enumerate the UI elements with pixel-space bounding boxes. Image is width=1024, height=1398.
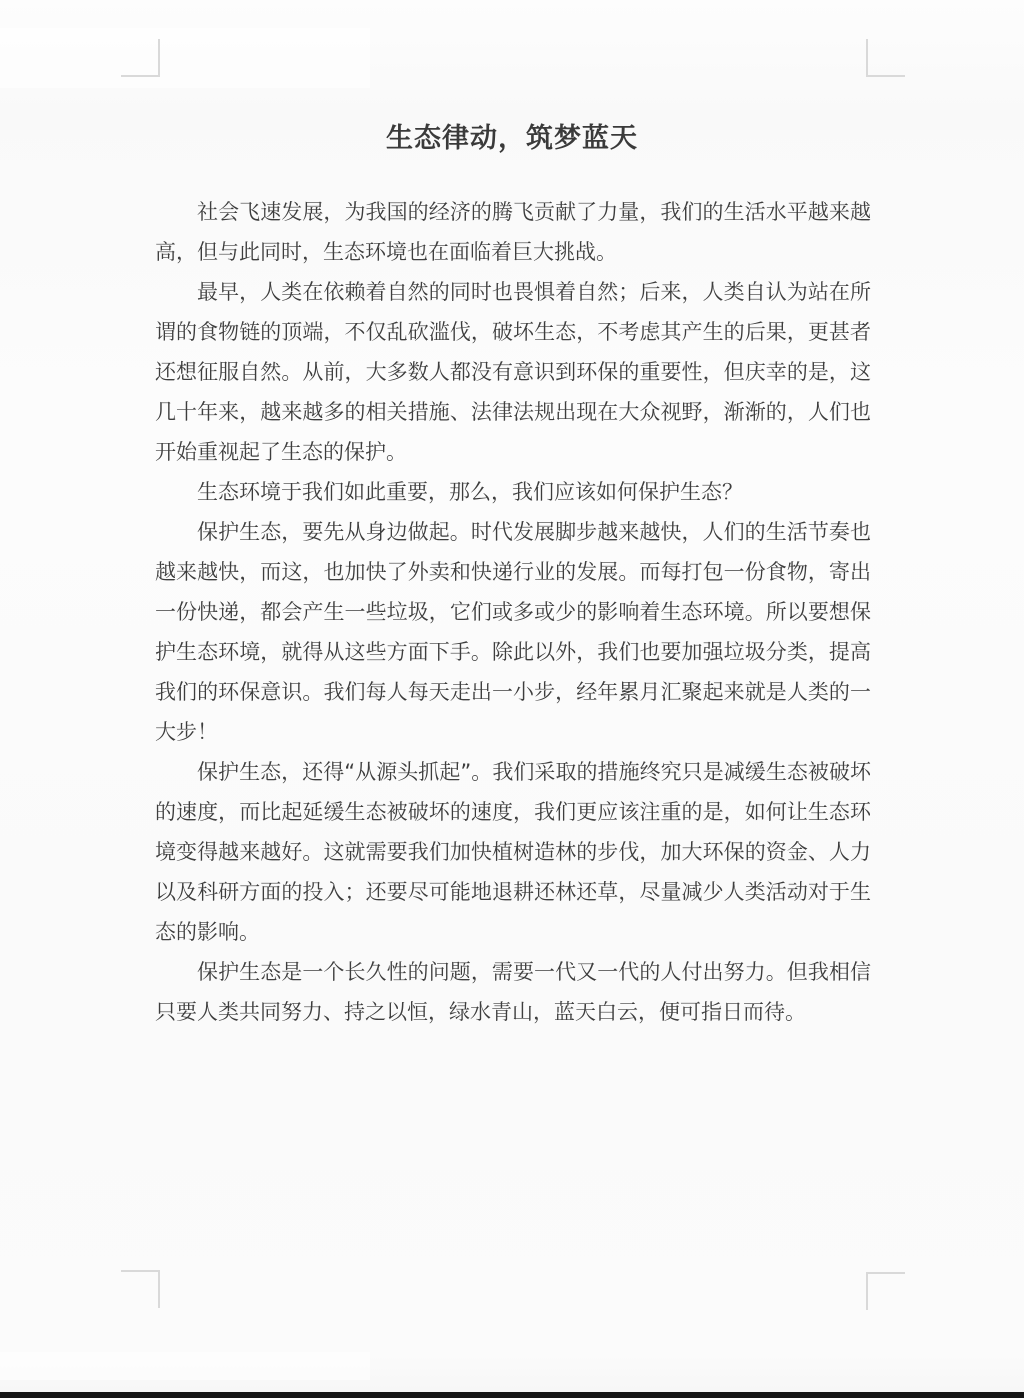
crop-mark-top-right-icon <box>866 39 905 77</box>
photo-bottom-edge <box>0 1392 1024 1398</box>
document-page: 生态律动，筑梦蓝天 社会飞速发展，为我国的经济的腾飞贡献了力量，我们的生活水平越… <box>0 0 1024 1398</box>
paragraph: 保护生态，还得“从源头抓起”。我们采取的措施终究只是减缓生态被破坏的速度，而比起… <box>155 752 871 952</box>
crop-mark-bottom-right-icon <box>866 1272 905 1310</box>
paragraph: 保护生态，要先从身边做起。时代发展脚步越来越快，人们的生活节奏也越来越快，而这，… <box>155 512 871 752</box>
paragraph: 社会飞速发展，为我国的经济的腾飞贡献了力量，我们的生活水平越来越高，但与此同时，… <box>155 192 871 272</box>
crop-mark-bottom-left-icon <box>121 1270 160 1308</box>
paragraph: 保护生态是一个长久性的问题，需要一代又一代的人付出努力。但我相信只要人类共同努力… <box>155 952 871 1032</box>
document-title: 生态律动，筑梦蓝天 <box>0 116 1024 155</box>
document-body: 社会飞速发展，为我国的经济的腾飞贡献了力量，我们的生活水平越来越高，但与此同时，… <box>155 192 871 1032</box>
paragraph: 生态环境于我们如此重要，那么，我们应该如何保护生态？ <box>155 472 871 512</box>
crop-mark-top-left-icon <box>121 39 160 77</box>
paragraph: 最早，人类在依赖着自然的同时也畏惧着自然；后来，人类自认为站在所谓的食物链的顶端… <box>155 272 871 472</box>
